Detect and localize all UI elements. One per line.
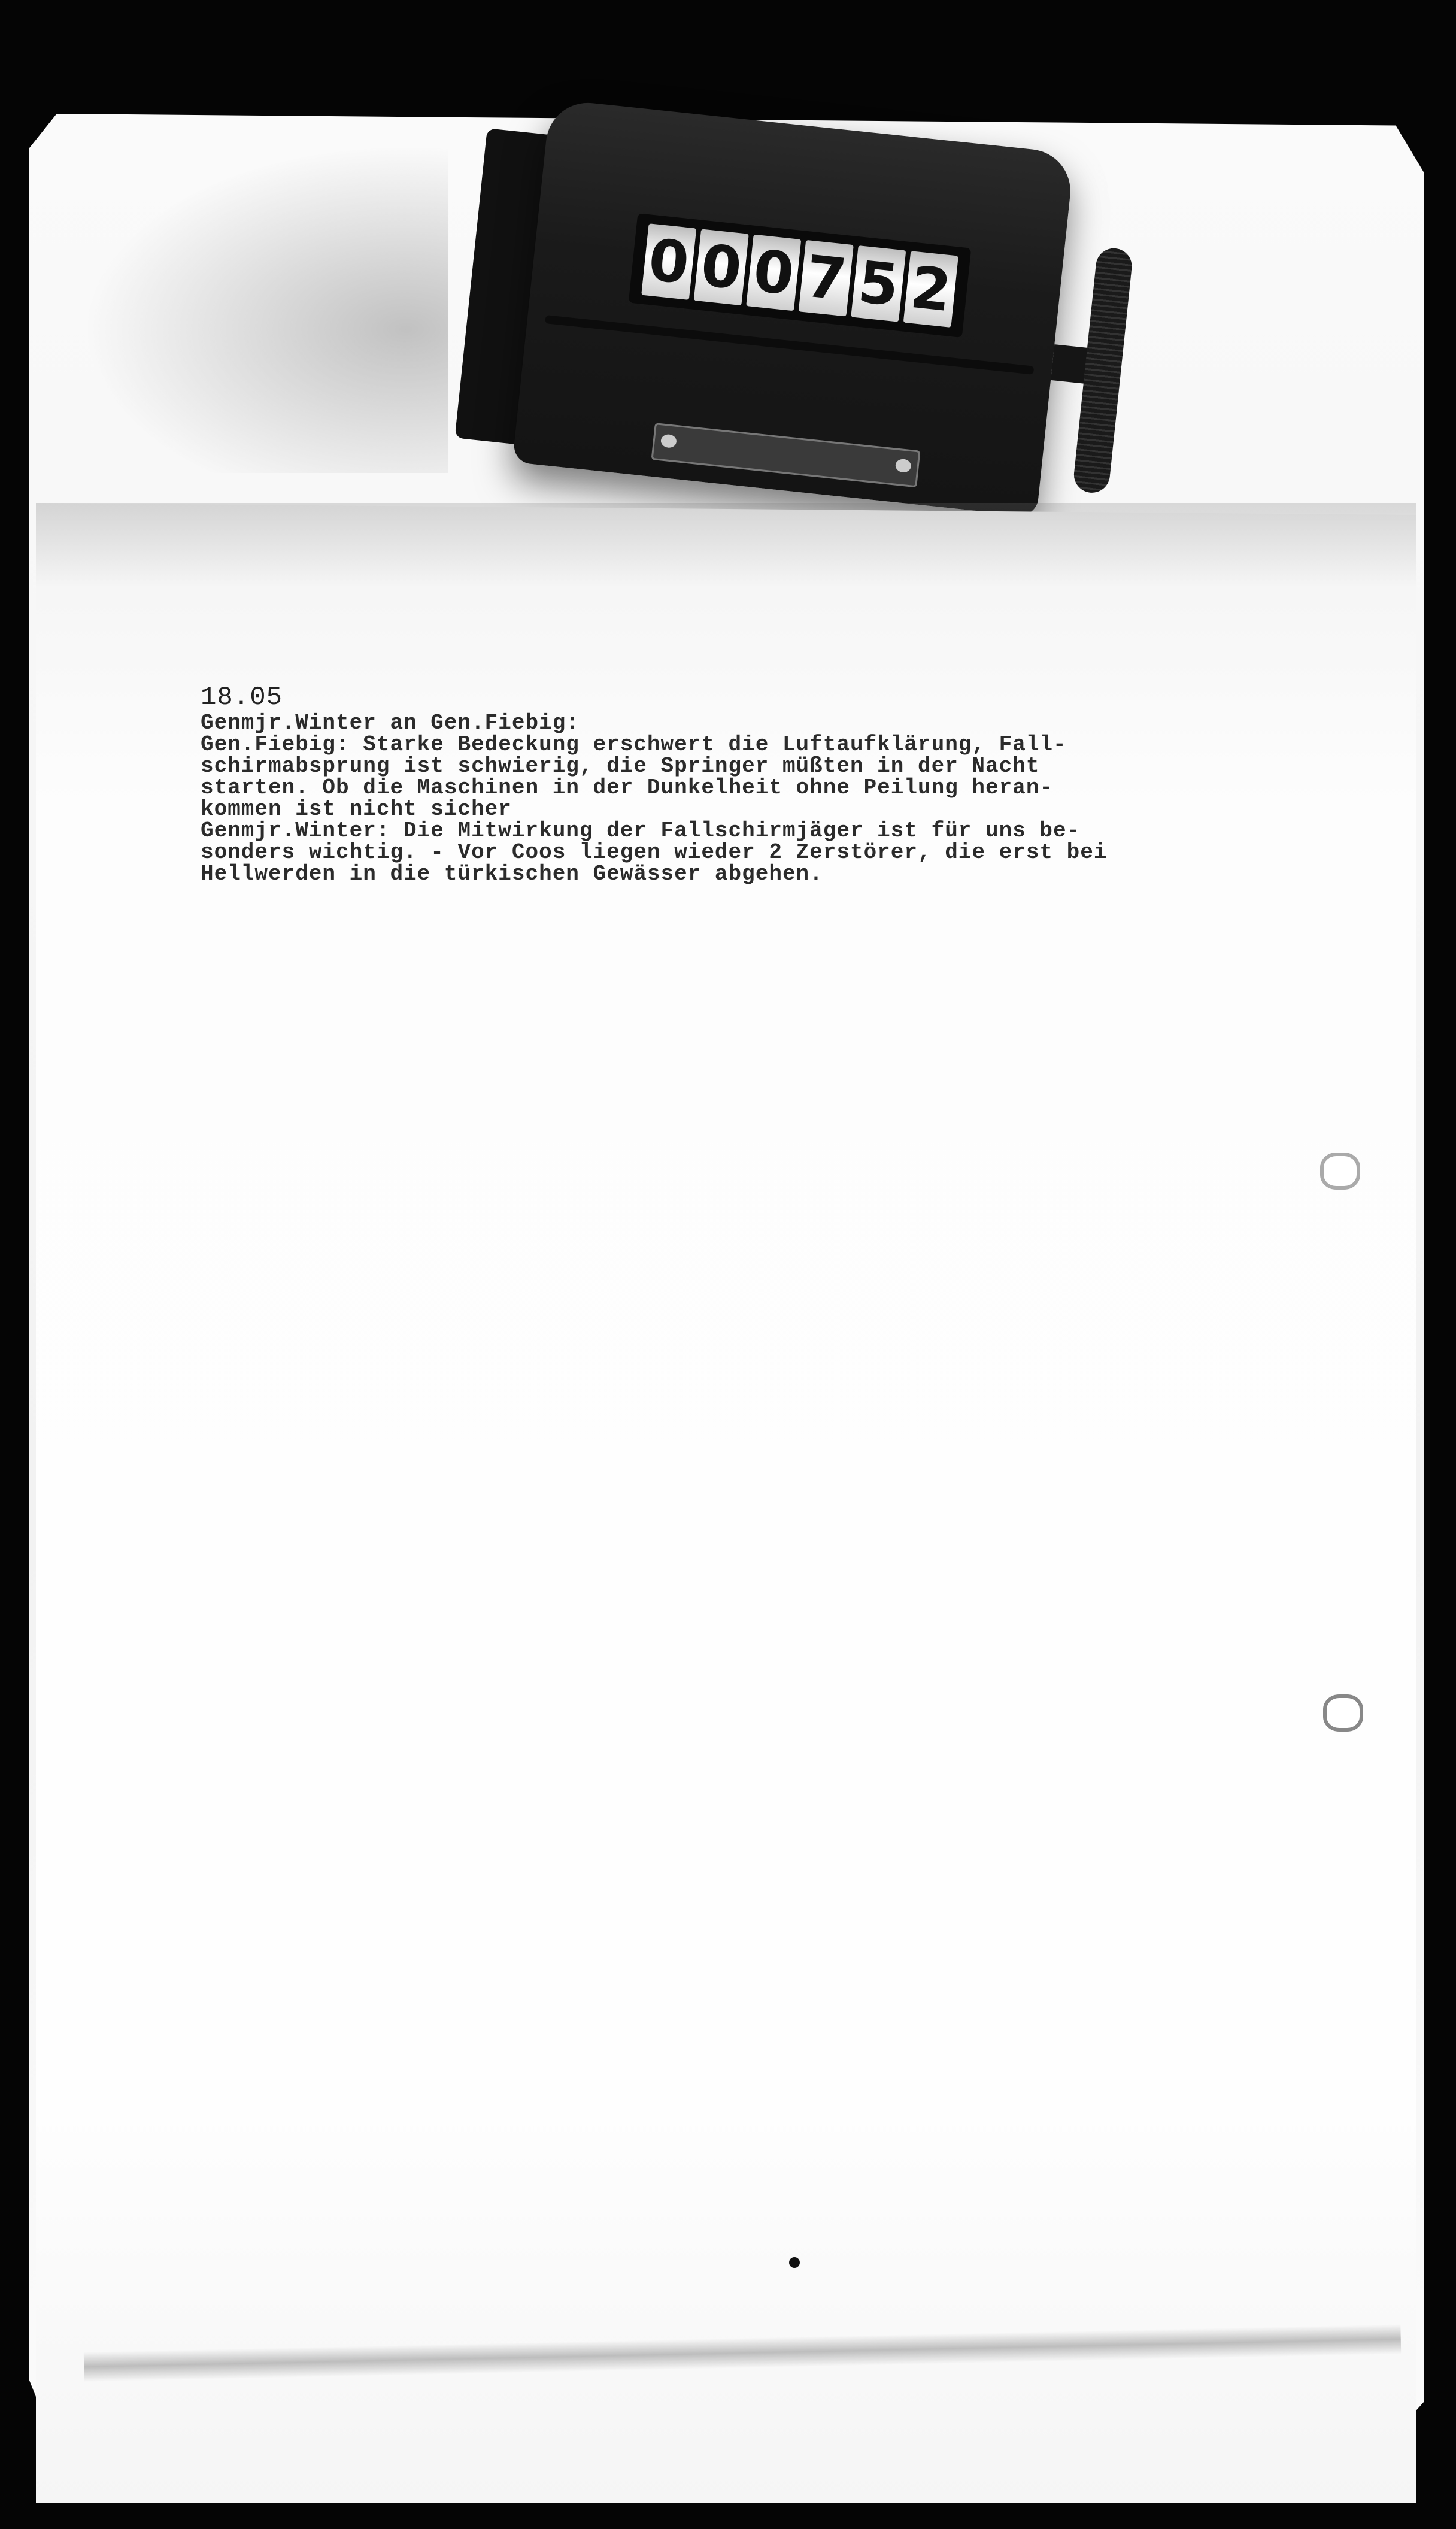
page-top-shadow bbox=[36, 503, 1416, 587]
message-line: Gen.Fiebig: Starke Bedeckung erschwert d… bbox=[201, 734, 1338, 756]
message-line: sonders wichtig. - Vor Coos liegen wiede… bbox=[201, 842, 1338, 863]
counter-digit: 2 bbox=[903, 251, 958, 328]
message-line: Hellwerden in die türkischen Gewässer ab… bbox=[201, 863, 1338, 885]
message-line: Genmjr.Winter: Die Mitwirkung der Fallsc… bbox=[201, 820, 1338, 842]
frame-counter: 0 0 0 7 5 2 bbox=[512, 99, 1140, 524]
counter-shadow bbox=[29, 114, 448, 473]
ink-dot bbox=[789, 2257, 800, 2268]
counter-digit: 7 bbox=[799, 240, 854, 317]
punch-hole bbox=[1320, 1153, 1360, 1190]
counter-digit: 0 bbox=[694, 229, 749, 305]
counter-body: 0 0 0 7 5 2 bbox=[512, 99, 1075, 517]
counter-digit: 0 bbox=[746, 235, 801, 311]
counter-nameplate bbox=[651, 423, 920, 487]
counter-display: 0 0 0 7 5 2 bbox=[629, 213, 972, 338]
message-line: schirmabsprung ist schwierig, die Spring… bbox=[201, 756, 1338, 777]
counter-digit: 5 bbox=[851, 245, 906, 322]
counter-digit: 0 bbox=[641, 223, 696, 300]
message-line: kommen ist nicht sicher bbox=[201, 799, 1338, 820]
message-line: starten. Ob die Maschinen in der Dunkelh… bbox=[201, 777, 1338, 799]
message-time: 18.05 bbox=[201, 683, 1338, 712]
punch-hole bbox=[1323, 1694, 1363, 1732]
message-header: Genmjr.Winter an Gen.Fiebig: bbox=[201, 712, 1338, 734]
typed-message: 18.05 Genmjr.Winter an Gen.Fiebig: Gen.F… bbox=[201, 683, 1338, 885]
